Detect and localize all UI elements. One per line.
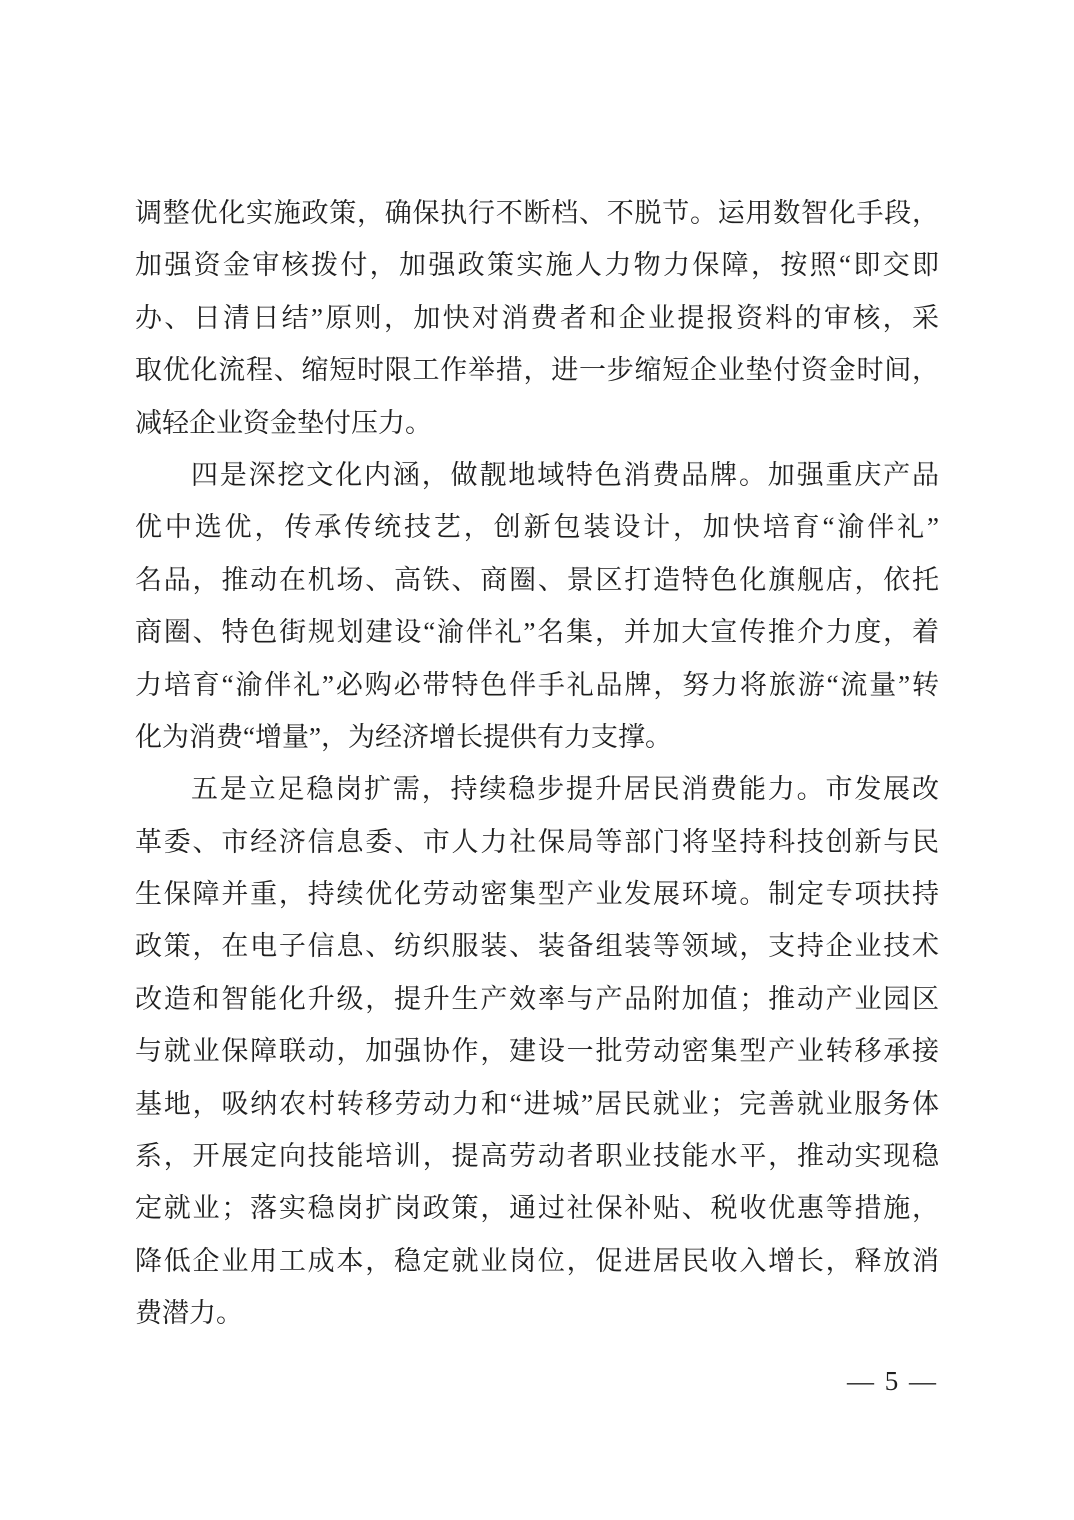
text-line: 基地，吸纳农村转移劳动力和“进城”居民就业；完善就业服务体 (135, 1078, 939, 1130)
text-line: 政策，在电子信息、纺织服装、装备组装等领域，支持企业技术 (135, 920, 939, 972)
document-page: 调整优化实施政策，确保执行不断档、不脱节。运用数智化手段，加强资金审核拨付，加强… (0, 0, 1074, 1520)
page-footer: — 5 — (847, 1364, 938, 1398)
text-line: 四是深挖文化内涵，做靓地域特色消费品牌。加强重庆产品 (135, 449, 939, 501)
text-line: 商圈、特色街规划建设“渝伴礼”名集，并加大宣传推介力度，着 (135, 606, 939, 658)
text-line: 减轻企业资金垫付压力。 (135, 397, 939, 449)
text-line: 优中选优，传承传统技艺，创新包装设计，加快培育“渝伴礼” (135, 501, 939, 553)
text-line: 办、日清日结”原则，加快对消费者和企业提报资料的审核，采 (135, 292, 939, 344)
text-line: 生保障并重，持续优化劳动密集型产业发展环境。制定专项扶持 (135, 868, 939, 920)
text-line: 费潜力。 (135, 1287, 939, 1339)
text-line: 降低企业用工成本，稳定就业岗位，促进居民收入增长，释放消 (135, 1235, 939, 1287)
text-line: 取优化流程、缩短时限工作举措，进一步缩短企业垫付资金时间， (135, 344, 939, 396)
text-line: 系，开展定向技能培训，提高劳动者职业技能水平，推动实现稳 (135, 1130, 939, 1182)
text-line: 名品，推动在机场、高铁、商圈、景区打造特色化旗舰店，依托 (135, 554, 939, 606)
text-line: 调整优化实施政策，确保执行不断档、不脱节。运用数智化手段， (135, 187, 939, 239)
page-number: — 5 — (847, 1366, 938, 1396)
paragraph: 调整优化实施政策，确保执行不断档、不脱节。运用数智化手段，加强资金审核拨付，加强… (135, 187, 939, 449)
text-line: 化为消费“增量”，为经济增长提供有力支撑。 (135, 711, 939, 763)
text-line: 改造和智能化升级，提升生产效率与产品附加值；推动产业园区 (135, 973, 939, 1025)
text-line: 五是立足稳岗扩需，持续稳步提升居民消费能力。市发展改 (135, 763, 939, 815)
document-body: 调整优化实施政策，确保执行不断档、不脱节。运用数智化手段，加强资金审核拨付，加强… (135, 187, 939, 1340)
paragraph: 四是深挖文化内涵，做靓地域特色消费品牌。加强重庆产品优中选优，传承传统技艺，创新… (135, 449, 939, 763)
text-line: 力培育“渝伴礼”必购必带特色伴手礼品牌，努力将旅游“流量”转 (135, 659, 939, 711)
text-line: 革委、市经济信息委、市人力社保局等部门将坚持科技创新与民 (135, 816, 939, 868)
text-line: 定就业；落实稳岗扩岗政策，通过社保补贴、税收优惠等措施， (135, 1182, 939, 1234)
text-line: 加强资金审核拨付，加强政策实施人力物力保障，按照“即交即 (135, 239, 939, 291)
paragraph: 五是立足稳岗扩需，持续稳步提升居民消费能力。市发展改革委、市经济信息委、市人力社… (135, 763, 939, 1339)
text-line: 与就业保障联动，加强协作，建设一批劳动密集型产业转移承接 (135, 1025, 939, 1077)
